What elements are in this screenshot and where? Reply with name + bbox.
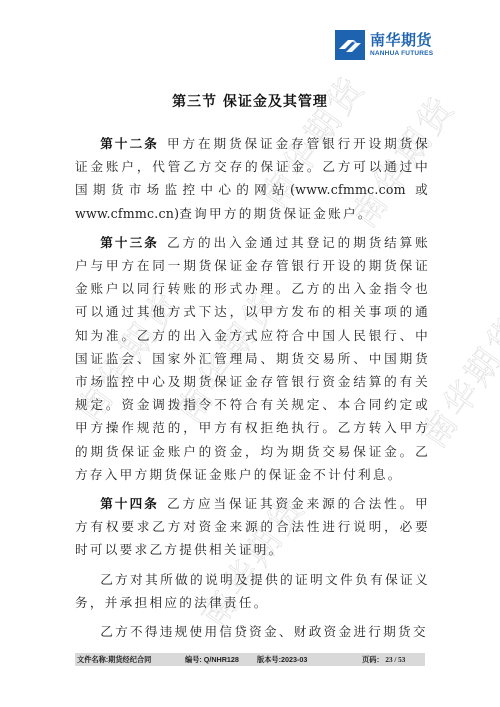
article-12: 第十二条甲方在期货保证金存管银行开设期货保证金账户，代管乙方交存的保证金。乙方可… — [75, 132, 430, 225]
logo-name-en: NANHUA FUTURES — [370, 51, 433, 58]
article-text: 查询甲方的期货保证金账户。 — [179, 206, 373, 221]
document-body: 第十二条甲方在期货保证金存管银行开设期货保证金账户，代管乙方交存的保证金。乙方可… — [75, 132, 430, 649]
footer-version: 版本号:2023-03 — [257, 655, 307, 665]
nanhua-logo-icon — [335, 30, 365, 60]
page-footer: 文件名称:期货经纪合同 编号: Q/NHR128 版本号:2023-03 页码：… — [75, 653, 425, 666]
article-text: 乙方不得违规使用信贷资金、财政资金进行期货交 — [100, 624, 428, 639]
footer-file-name: 文件名称:期货经纪合同 — [77, 655, 151, 665]
article-text: 乙方的出入金通过其登记的期货结算账户与甲方在同一期货保证金存管银行开设的期货保证… — [75, 235, 430, 482]
article-label: 第十四条 — [100, 496, 159, 511]
document-page: 南华期货 南华期货 南华期货 南华期货 南华期货 南华期货 南华期货 NANHU… — [0, 0, 500, 707]
footer-page-number: 页码： 23 / 53 — [362, 655, 405, 665]
article-label: 第十二条 — [100, 136, 159, 151]
article-text: 或 — [406, 182, 430, 197]
article-text: 乙方对其所做的说明及提供的证明文件负有保证义务，并承担相应的法律责任。 — [75, 572, 430, 610]
article-label: 第十三条 — [100, 235, 159, 250]
article-14-paragraph: 乙方不得违规使用信贷资金、财政资金进行期货交 — [75, 620, 430, 643]
url-link: (www.cfmmc.com — [290, 182, 406, 197]
footer-code: 编号: Q/NHR128 — [185, 655, 239, 665]
article-14: 第十四条乙方应当保证其资金来源的合法性。甲方有权要求乙方对资金来源的合法性进行说… — [75, 492, 430, 562]
article-14-paragraph: 乙方对其所做的说明及提供的证明文件负有保证义务，并承担相应的法律责任。 — [75, 568, 430, 614]
url-link: www.cfmmc.cn) — [75, 206, 179, 221]
section-title: 第三节 保证金及其管理 — [0, 91, 500, 111]
article-13: 第十三条乙方的出入金通过其登记的期货结算账户与甲方在同一期货保证金存管银行开设的… — [75, 231, 430, 486]
company-logo: 南华期货 NANHUA FUTURES — [335, 30, 433, 60]
logo-name-cn: 南华期货 — [370, 33, 433, 48]
